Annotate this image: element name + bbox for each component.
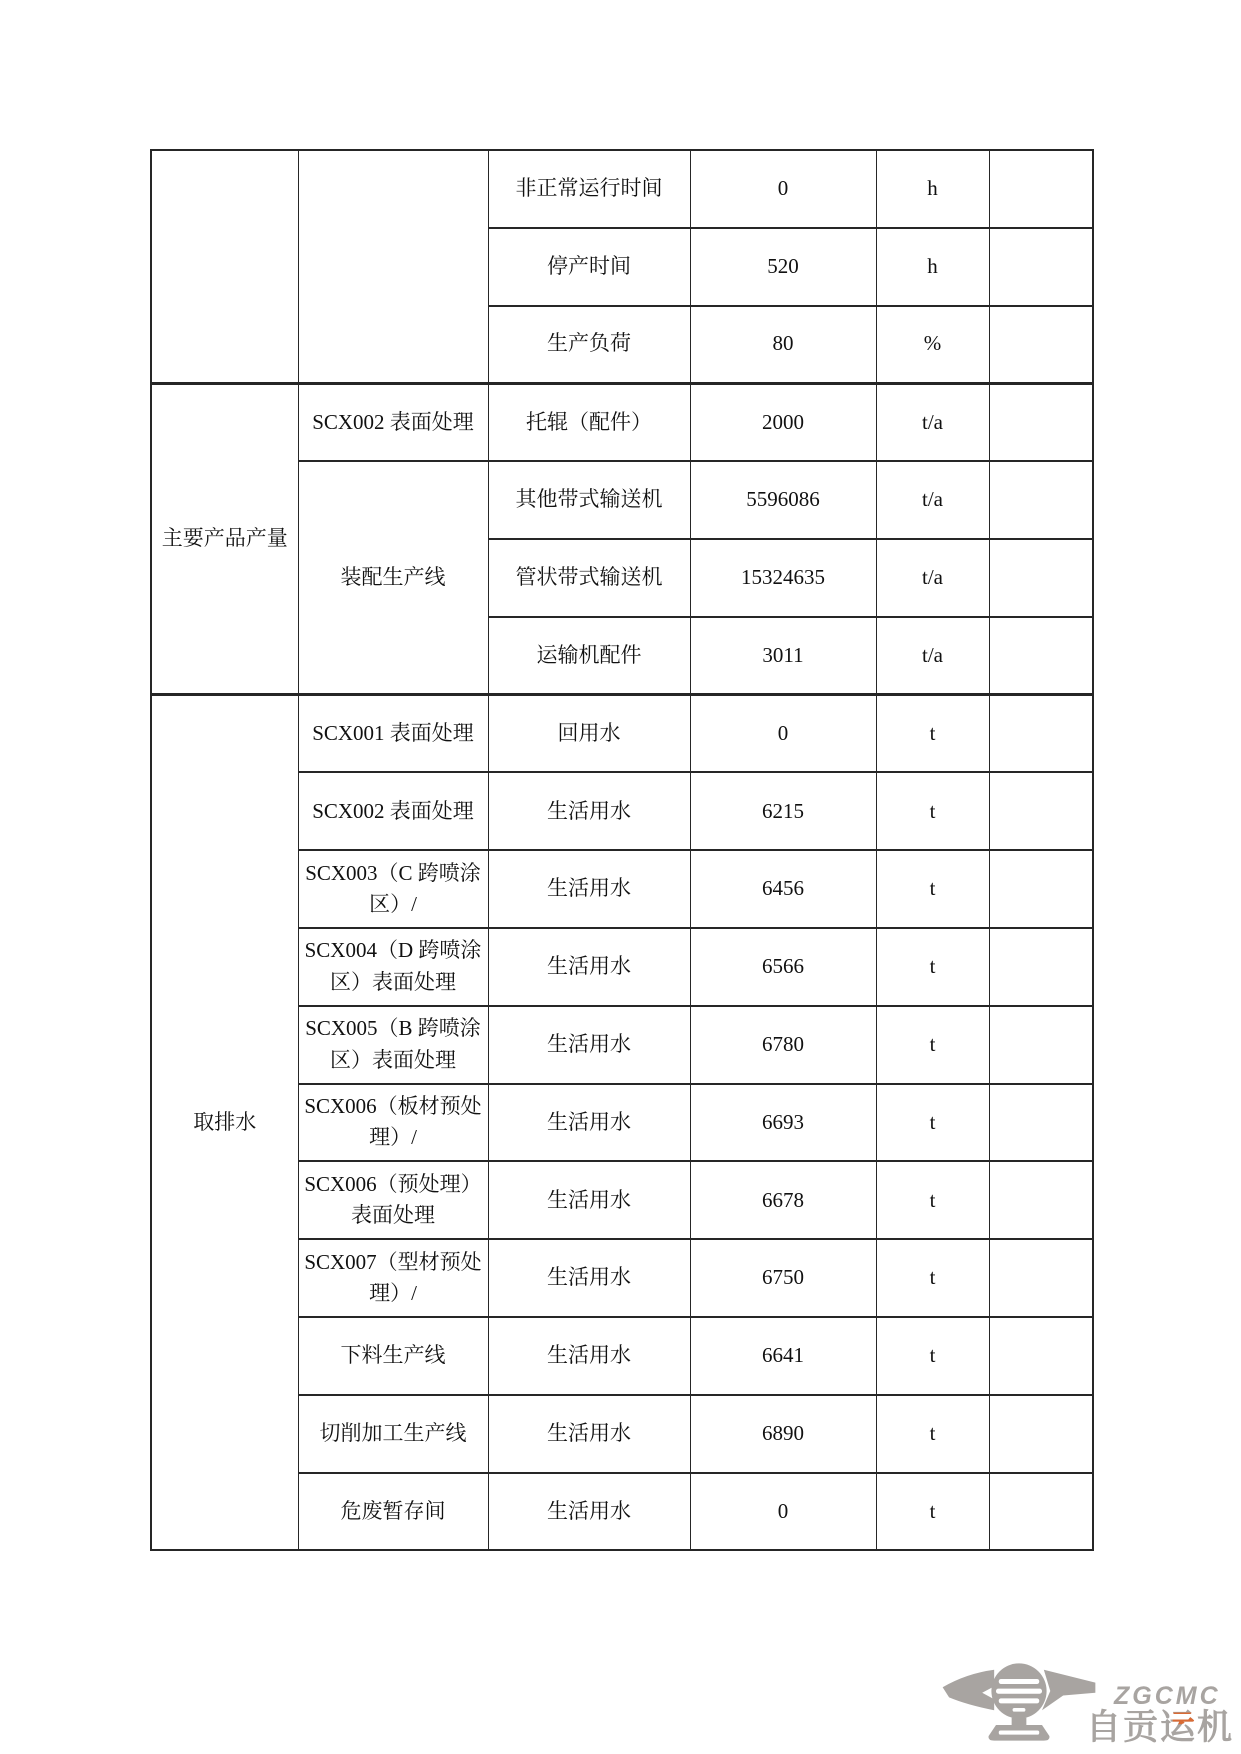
empty-cell (989, 928, 1093, 1006)
unit-cell: % (876, 306, 989, 384)
unit-cell: t (876, 695, 989, 773)
empty-cell (989, 306, 1093, 384)
empty-cell (989, 1084, 1093, 1162)
logo-name: 自贡运运机 (1086, 1710, 1234, 1747)
category-cell: 主要产品产量 (151, 383, 298, 694)
unit-cell: t (876, 850, 989, 928)
unit-cell: t (876, 1239, 989, 1317)
table-row: 取排水 SCX001 表面处理 回用水 0 t (151, 695, 1093, 773)
line-cell: SCX006（板材预处理）/ (298, 1084, 488, 1162)
report-table: 非正常运行时间 0 h 停产时间 520 h 生产负荷 80 % 主要产品产量 … (150, 149, 1094, 1551)
unit-cell: t/a (876, 461, 989, 539)
unit-cell: t (876, 928, 989, 1006)
line-cell: 切削加工生产线 (298, 1395, 488, 1473)
empty-cell (989, 1473, 1093, 1551)
empty-cell (989, 461, 1093, 539)
value-cell: 6456 (690, 850, 876, 928)
unit-cell: h (876, 150, 989, 228)
item-cell: 生活用水 (488, 1317, 690, 1395)
line-cell: 装配生产线 (298, 461, 488, 694)
unit-cell: t (876, 1161, 989, 1239)
table-row: 非正常运行时间 0 h (151, 150, 1093, 228)
empty-cell (989, 1395, 1093, 1473)
item-cell: 非正常运行时间 (488, 150, 690, 228)
value-cell: 520 (690, 228, 876, 306)
category-cell (151, 150, 298, 383)
line-cell (298, 150, 488, 383)
empty-cell (989, 1006, 1093, 1084)
value-cell: 6566 (690, 928, 876, 1006)
item-cell: 托辊（配件） (488, 383, 690, 461)
line-cell: SCX002 表面处理 (298, 383, 488, 461)
value-cell: 6678 (690, 1161, 876, 1239)
unit-cell: t/a (876, 383, 989, 461)
logo-text: ZGCMC 自贡运运机 (1086, 1684, 1234, 1747)
value-cell: 6890 (690, 1395, 876, 1473)
empty-cell (989, 617, 1093, 695)
item-cell: 生活用水 (488, 928, 690, 1006)
empty-cell (989, 383, 1093, 461)
item-cell: 停产时间 (488, 228, 690, 306)
item-cell: 运输机配件 (488, 617, 690, 695)
value-cell: 80 (690, 306, 876, 384)
item-cell: 生活用水 (488, 772, 690, 850)
line-cell: SCX005（B 跨喷涂区）表面处理 (298, 1006, 488, 1084)
empty-cell (989, 1161, 1093, 1239)
line-cell: SCX003（C 跨喷涂区）/ (298, 850, 488, 928)
line-cell: SCX002 表面处理 (298, 772, 488, 850)
item-cell: 生活用水 (488, 1006, 690, 1084)
value-cell: 3011 (690, 617, 876, 695)
item-cell: 生活用水 (488, 1473, 690, 1551)
empty-cell (989, 1317, 1093, 1395)
empty-cell (989, 150, 1093, 228)
item-cell: 其他带式输送机 (488, 461, 690, 539)
item-cell: 生活用水 (488, 1239, 690, 1317)
empty-cell (989, 539, 1093, 617)
logo-name-suffix: 机 (1197, 1708, 1234, 1747)
empty-cell (989, 772, 1093, 850)
value-cell: 6780 (690, 1006, 876, 1084)
value-cell: 6693 (690, 1084, 876, 1162)
zgcmc-logo: ZGCMC 自贡运运机 (938, 1656, 1234, 1748)
line-cell: 下料生产线 (298, 1317, 488, 1395)
line-cell: SCX007（型材预处理）/ (298, 1239, 488, 1317)
value-cell: 6641 (690, 1317, 876, 1395)
item-cell: 回用水 (488, 695, 690, 773)
unit-cell: t (876, 1395, 989, 1473)
item-cell: 生活用水 (488, 1084, 690, 1162)
unit-cell: t (876, 1084, 989, 1162)
empty-cell (989, 695, 1093, 773)
value-cell: 0 (690, 695, 876, 773)
line-cell: SCX004（D 跨喷涂区）表面处理 (298, 928, 488, 1006)
item-cell: 生活用水 (488, 1395, 690, 1473)
unit-cell: h (876, 228, 989, 306)
unit-cell: t (876, 1473, 989, 1551)
line-cell: SCX001 表面处理 (298, 695, 488, 773)
item-cell: 生产负荷 (488, 306, 690, 384)
line-cell: 危废暂存间 (298, 1473, 488, 1551)
value-cell: 6215 (690, 772, 876, 850)
value-cell: 0 (690, 150, 876, 228)
table-row: 主要产品产量 SCX002 表面处理 托辊（配件） 2000 t/a (151, 383, 1093, 461)
item-cell: 管状带式输送机 (488, 539, 690, 617)
unit-cell: t (876, 1006, 989, 1084)
conveyor-drum-wings-icon (938, 1656, 1100, 1748)
unit-cell: t (876, 772, 989, 850)
value-cell: 2000 (690, 383, 876, 461)
logo-abbr: ZGCMC (1114, 1684, 1234, 1709)
empty-cell (989, 1239, 1093, 1317)
value-cell: 15324635 (690, 539, 876, 617)
line-cell: SCX006（预处理）表面处理 (298, 1161, 488, 1239)
item-cell: 生活用水 (488, 850, 690, 928)
empty-cell (989, 850, 1093, 928)
unit-cell: t (876, 1317, 989, 1395)
unit-cell: t/a (876, 539, 989, 617)
document-page: 非正常运行时间 0 h 停产时间 520 h 生产负荷 80 % 主要产品产量 … (0, 0, 1241, 1754)
logo-accent-char: 运运 (1160, 1710, 1197, 1747)
unit-cell: t/a (876, 617, 989, 695)
logo-name-prefix: 自贡 (1086, 1708, 1160, 1747)
value-cell: 0 (690, 1473, 876, 1551)
category-cell: 取排水 (151, 695, 298, 1551)
empty-cell (989, 228, 1093, 306)
item-cell: 生活用水 (488, 1161, 690, 1239)
value-cell: 5596086 (690, 461, 876, 539)
value-cell: 6750 (690, 1239, 876, 1317)
